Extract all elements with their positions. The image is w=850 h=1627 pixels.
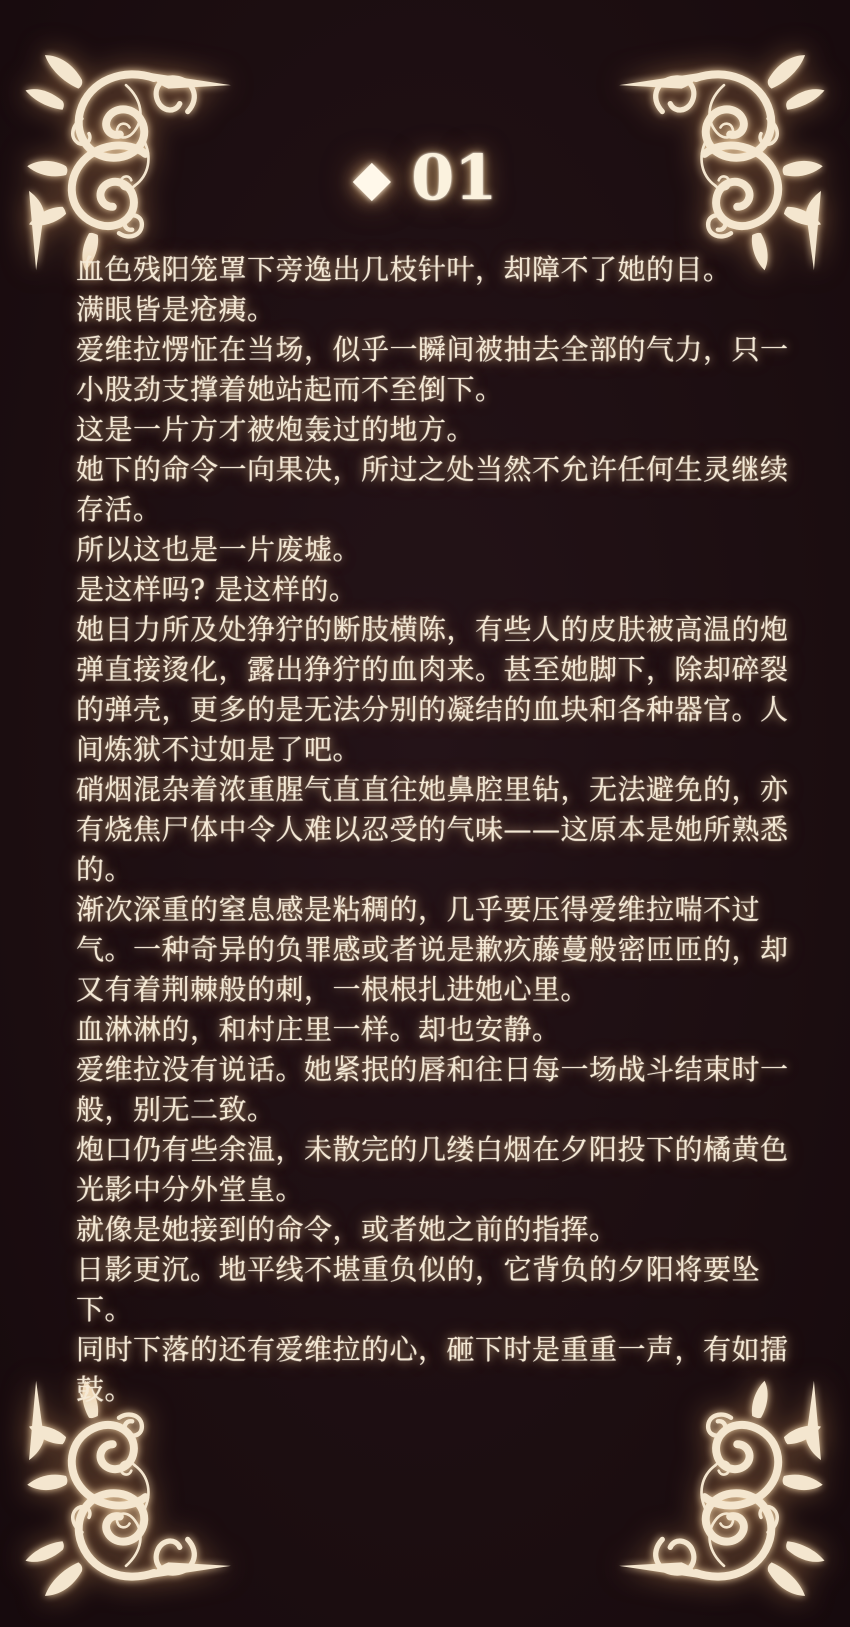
paragraph: 就像是她接到的命令，或者她之前的指挥。 — [76, 1210, 792, 1250]
paragraph: 爱维拉愣怔在当场，似乎一瞬间被抽去全部的气力，只一小股劲支撑着她站起而不至倒下。 — [76, 330, 792, 410]
paragraph: 硝烟混杂着浓重腥气直直往她鼻腔里钻，无法避免的，亦有烧焦尸体中令人难以忍受的气味… — [76, 770, 792, 890]
paragraph: 所以这也是一片废墟。 — [76, 530, 792, 570]
paragraph: 她下的命令一向果决，所过之处当然不允许任何生灵继续存活。 — [76, 450, 792, 530]
paragraph: 她目力所及处狰狞的断肢横陈，有些人的皮肤被高温的炮弹直接烫化，露出狰狞的血肉来。… — [76, 610, 792, 770]
page: { "header": { "diamond_icon": "◆", "chap… — [0, 0, 850, 1627]
paragraph: 这是一片方才被炮轰过的地方。 — [76, 410, 792, 450]
paragraph: 渐次深重的窒息感是粘稠的，几乎要压得爱维拉喘不过气。一种奇异的负罪感或者说是歉疚… — [76, 890, 792, 1010]
chapter-number: 01 — [411, 147, 497, 209]
paragraph: 爱维拉没有说话。她紧抿的唇和往日每一场战斗结束时一般，别无二致。 — [76, 1050, 792, 1130]
diamond-icon: ◆ — [353, 153, 391, 203]
paragraph: 同时下落的还有爱维拉的心，砸下时是重重一声，有如擂鼓。 — [76, 1330, 792, 1410]
paragraph: 日影更沉。地平线不堪重负似的，它背负的夕阳将要坠下。 — [76, 1250, 792, 1330]
corner-flourish-bottom-right — [608, 1379, 840, 1617]
paragraph: 血色残阳笼罩下旁逸出几枝针叶，却障不了她的目。 — [76, 250, 792, 290]
chapter-text: 血色残阳笼罩下旁逸出几枝针叶，却障不了她的目。满眼皆是疮痍。爱维拉愣怔在当场，似… — [76, 250, 792, 1410]
paragraph: 是这样吗? 是这样的。 — [76, 570, 792, 610]
corner-flourish-bottom-left — [10, 1379, 242, 1617]
chapter-header: ◆ 01 — [0, 136, 850, 220]
paragraph: 血淋淋的，和村庄里一样。却也安静。 — [76, 1010, 792, 1050]
paragraph: 炮口仍有些余温，未散完的几缕白烟在夕阳投下的橘黄色光影中分外堂皇。 — [76, 1130, 792, 1210]
paragraph: 满眼皆是疮痍。 — [76, 290, 792, 330]
